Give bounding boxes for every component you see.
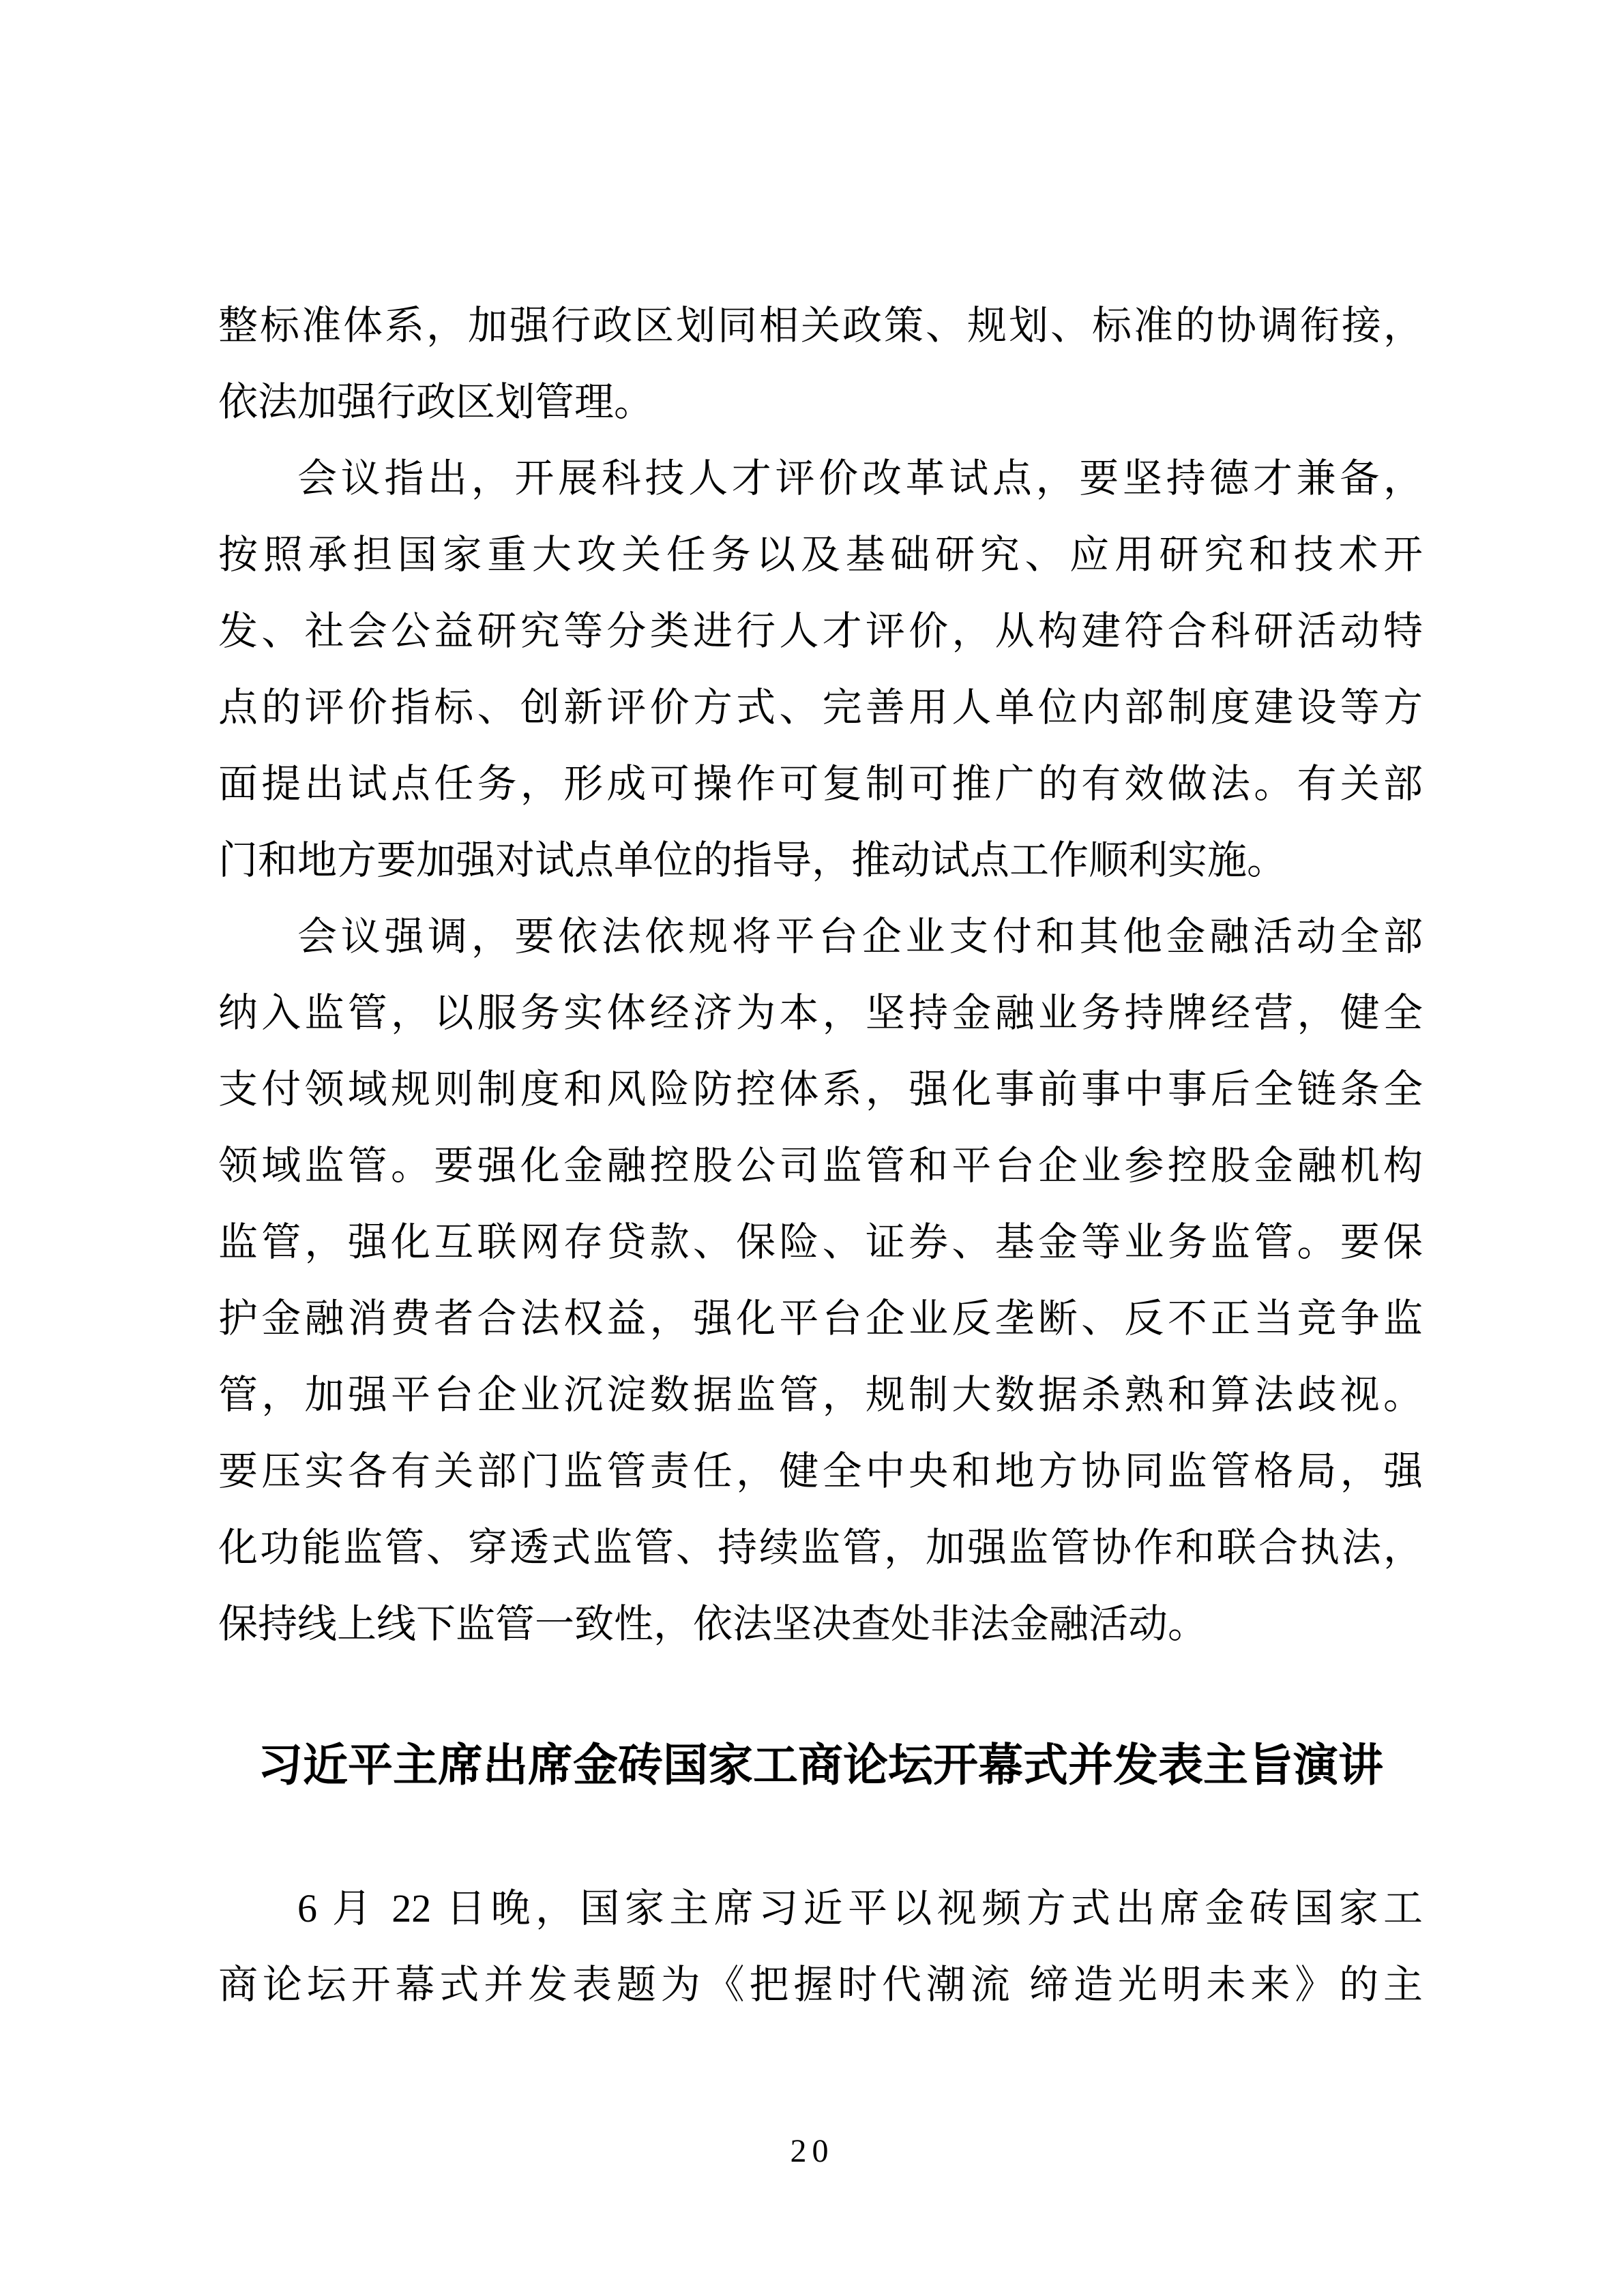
body-line: 监管，强化互联网存贷款、保险、证券、基金等业务监管。要保 xyxy=(218,1204,1423,1281)
body-line: 点的评价指标、创新评价方式、完善用人单位内部制度建设等方 xyxy=(218,670,1423,746)
body-line: 会议强调，要依法依规将平台企业支付和其他金融活动全部 xyxy=(218,899,1423,975)
body-line: 化功能监管、穿透式监管、持续监管，加强监管协作和联合执法， xyxy=(218,1510,1423,1586)
body-line: 依法加强行政区划管理。 xyxy=(218,364,1423,441)
document-body: 整标准体系，加强行政区划同相关政策、规划、标准的协调衔接， 依法加强行政区划管理… xyxy=(218,288,1423,2023)
page-number: 20 xyxy=(0,2131,1624,2172)
body-line: 要压实各有关部门监管责任，健全中央和地方协同监管格局，强 xyxy=(218,1433,1423,1510)
body-line: 门和地方要加强对试点单位的指导，推动试点工作顺利实施。 xyxy=(218,822,1423,899)
body-line: 发、社会公益研究等分类进行人才评价，从构建符合科研活动特 xyxy=(218,593,1423,670)
section-heading: 习近平主席出席金砖国家工商论坛开幕式并发表主旨演讲 xyxy=(218,1720,1423,1809)
body-line: 6 月 22 日晚，国家主席习近平以视频方式出席金砖国家工 xyxy=(218,1870,1423,1947)
body-line: 按照承担国家重大攻关任务以及基础研究、应用研究和技术开 xyxy=(218,517,1423,593)
body-line: 商论坛开幕式并发表题为《把握时代潮流 缔造光明未来》的主 xyxy=(218,1947,1423,2023)
document-page: 整标准体系，加强行政区划同相关政策、规划、标准的协调衔接， 依法加强行政区划管理… xyxy=(0,0,1624,2296)
body-line: 支付领域规则制度和风险防控体系，强化事前事中事后全链条全 xyxy=(218,1052,1423,1128)
body-line: 面提出试点任务，形成可操作可复制可推广的有效做法。有关部 xyxy=(218,746,1423,822)
body-line: 管，加强平台企业沉淀数据监管，规制大数据杀熟和算法歧视。 xyxy=(218,1357,1423,1433)
body-line: 整标准体系，加强行政区划同相关政策、规划、标准的协调衔接， xyxy=(218,288,1423,364)
body-line: 领域监管。要强化金融控股公司监管和平台企业参控股金融机构 xyxy=(218,1128,1423,1204)
body-line: 会议指出，开展科技人才评价改革试点，要坚持德才兼备， xyxy=(218,441,1423,517)
body-line: 保持线上线下监管一致性，依法坚决查处非法金融活动。 xyxy=(218,1586,1423,1663)
body-line: 护金融消费者合法权益，强化平台企业反垄断、反不正当竞争监 xyxy=(218,1281,1423,1357)
body-line: 纳入监管，以服务实体经济为本，坚持金融业务持牌经营，健全 xyxy=(218,975,1423,1052)
